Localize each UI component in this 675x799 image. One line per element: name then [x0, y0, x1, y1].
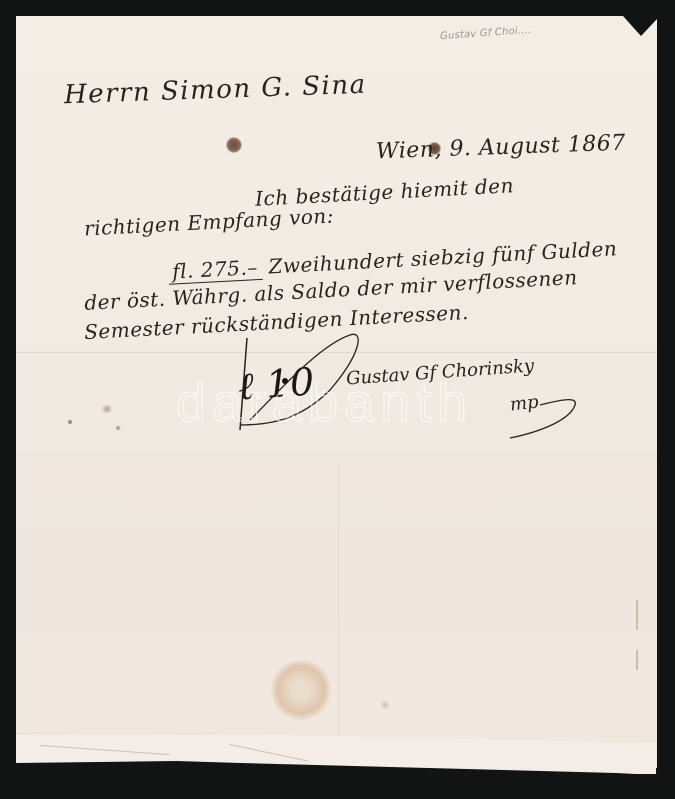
- watermark: darabanth: [176, 372, 473, 434]
- foxing-spot: [100, 405, 114, 413]
- edge-stain: [636, 600, 638, 630]
- water-stain: [270, 660, 332, 720]
- ink-blot: [226, 137, 242, 153]
- signature-suffix: mp: [509, 392, 540, 416]
- vertical-fold-crease: [338, 460, 339, 740]
- horizontal-fold-crease: [16, 455, 657, 456]
- foxing-spot: [380, 700, 390, 710]
- horizontal-fold-crease: [16, 352, 657, 354]
- document-scan: Gustav Gf Choi.... Herrn Simon G. Sina W…: [0, 0, 675, 799]
- foxing-spot: [68, 420, 72, 424]
- edge-stain: [636, 650, 638, 670]
- amount-figure: fl. 275.–: [168, 255, 263, 285]
- foxing-spot: [115, 425, 121, 431]
